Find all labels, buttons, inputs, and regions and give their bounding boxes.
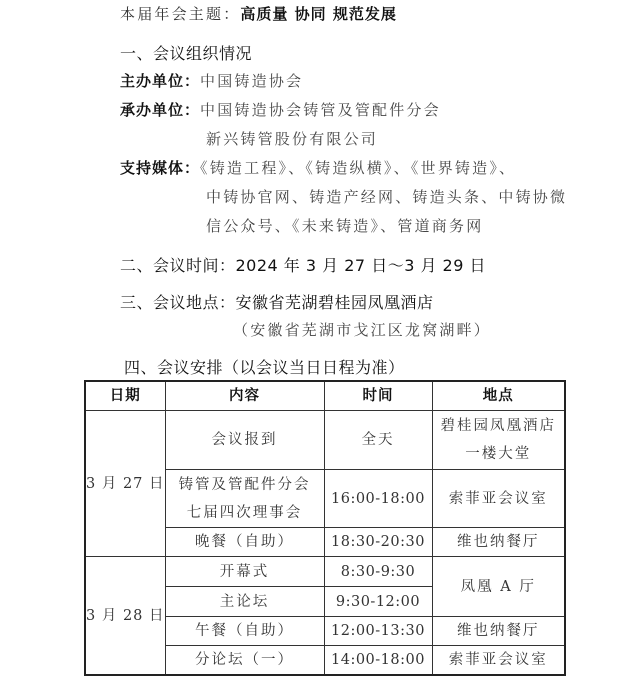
time-cell: 9:30-12:00 bbox=[324, 587, 432, 617]
media-line-3: 信公众号、《未来铸造》、管道商务网 bbox=[206, 215, 483, 236]
place-cell: 维也纳餐厅 bbox=[432, 528, 565, 557]
host-line: 主办单位：中国铸造协会 bbox=[120, 70, 303, 91]
content-cell: 分论坛（一） bbox=[165, 646, 324, 676]
organizer-label: 承办单位： bbox=[120, 101, 200, 119]
section3-title: 三、会议地点：安徽省芜湖碧桂园凤凰酒店 bbox=[120, 290, 434, 313]
content-cell: 会议报到 bbox=[165, 411, 324, 470]
section2-title: 二、会议时间：2024 年 3 月 27 日～3 月 29 日 bbox=[120, 253, 486, 276]
content-cell: 开幕式 bbox=[165, 557, 324, 587]
header-date: 日期 bbox=[85, 381, 165, 411]
content-cell: 午餐（自助） bbox=[165, 617, 324, 646]
place-cell: 碧桂园凤凰酒店 一楼大堂 bbox=[432, 411, 565, 470]
place-line: 碧桂园凤凰酒店 bbox=[433, 412, 565, 440]
section4-title: 四、会议安排（以会议当日日程为准） bbox=[124, 355, 405, 378]
time-cell: 全天 bbox=[324, 411, 432, 470]
time-cell: 14:00-18:00 bbox=[324, 646, 432, 676]
media-label: 支持媒体： bbox=[120, 159, 200, 177]
place-cell: 维也纳餐厅 bbox=[432, 617, 565, 646]
content-cell: 晚餐（自助） bbox=[165, 528, 324, 557]
content-cell: 铸管及管配件分会 七届四次理事会 bbox=[165, 470, 324, 528]
organizer-line: 承办单位：中国铸造协会铸管及管配件分会 bbox=[120, 99, 441, 120]
table-row: 3 月 27 日 会议报到 全天 碧桂园凤凰酒店 一楼大堂 bbox=[85, 411, 565, 470]
header-time: 时间 bbox=[324, 381, 432, 411]
time-cell: 12:00-13:30 bbox=[324, 617, 432, 646]
media-line: 支持媒体：《铸造工程》、《铸造纵横》、《世界铸造》、 bbox=[120, 157, 516, 178]
host-value: 中国铸造协会 bbox=[200, 72, 303, 90]
time-cell: 16:00-18:00 bbox=[324, 470, 432, 528]
host-label: 主办单位： bbox=[120, 72, 200, 90]
theme-value: 高质量 协同 规范发展 bbox=[240, 5, 396, 23]
section1-title: 一、会议组织情况 bbox=[120, 41, 252, 64]
table-row: 3 月 28 日 开幕式 8:30-9:30 凤凰 A 厅 bbox=[85, 557, 565, 587]
time-cell: 18:30-20:30 bbox=[324, 528, 432, 557]
place-cell: 索菲亚会议室 bbox=[432, 646, 565, 676]
place-cell: 索菲亚会议室 bbox=[432, 470, 565, 528]
media-line-1: 《铸造工程》、《铸造纵横》、《世界铸造》、 bbox=[200, 159, 516, 177]
organizer-value-1: 中国铸造协会铸管及管配件分会 bbox=[200, 101, 441, 119]
theme-line: 本届年会主题：高质量 协同 规范发展 bbox=[120, 3, 397, 24]
content-line: 七届四次理事会 bbox=[166, 499, 324, 527]
section3-address: （安徽省芜湖市戈江区龙窝湖畔） bbox=[233, 319, 491, 340]
header-content: 内容 bbox=[165, 381, 324, 411]
place-cell: 凤凰 A 厅 bbox=[432, 557, 565, 617]
schedule-table: 日期 内容 时间 地点 3 月 27 日 会议报到 全天 碧桂园凤凰酒店 一楼大… bbox=[84, 380, 566, 676]
header-place: 地点 bbox=[432, 381, 565, 411]
theme-label: 本届年会主题： bbox=[120, 5, 240, 23]
date-cell: 3 月 27 日 bbox=[85, 411, 165, 557]
content-cell: 主论坛 bbox=[165, 587, 324, 617]
content-line: 铸管及管配件分会 bbox=[166, 471, 324, 499]
organizer-value-2: 新兴铸管股份有限公司 bbox=[206, 128, 378, 149]
date-cell: 3 月 28 日 bbox=[85, 557, 165, 676]
media-line-2: 中铸协官网、铸造产经网、铸造头条、中铸协微 bbox=[206, 186, 567, 207]
time-cell: 8:30-9:30 bbox=[324, 557, 432, 587]
place-line: 一楼大堂 bbox=[433, 440, 565, 468]
table-header-row: 日期 内容 时间 地点 bbox=[85, 381, 565, 411]
